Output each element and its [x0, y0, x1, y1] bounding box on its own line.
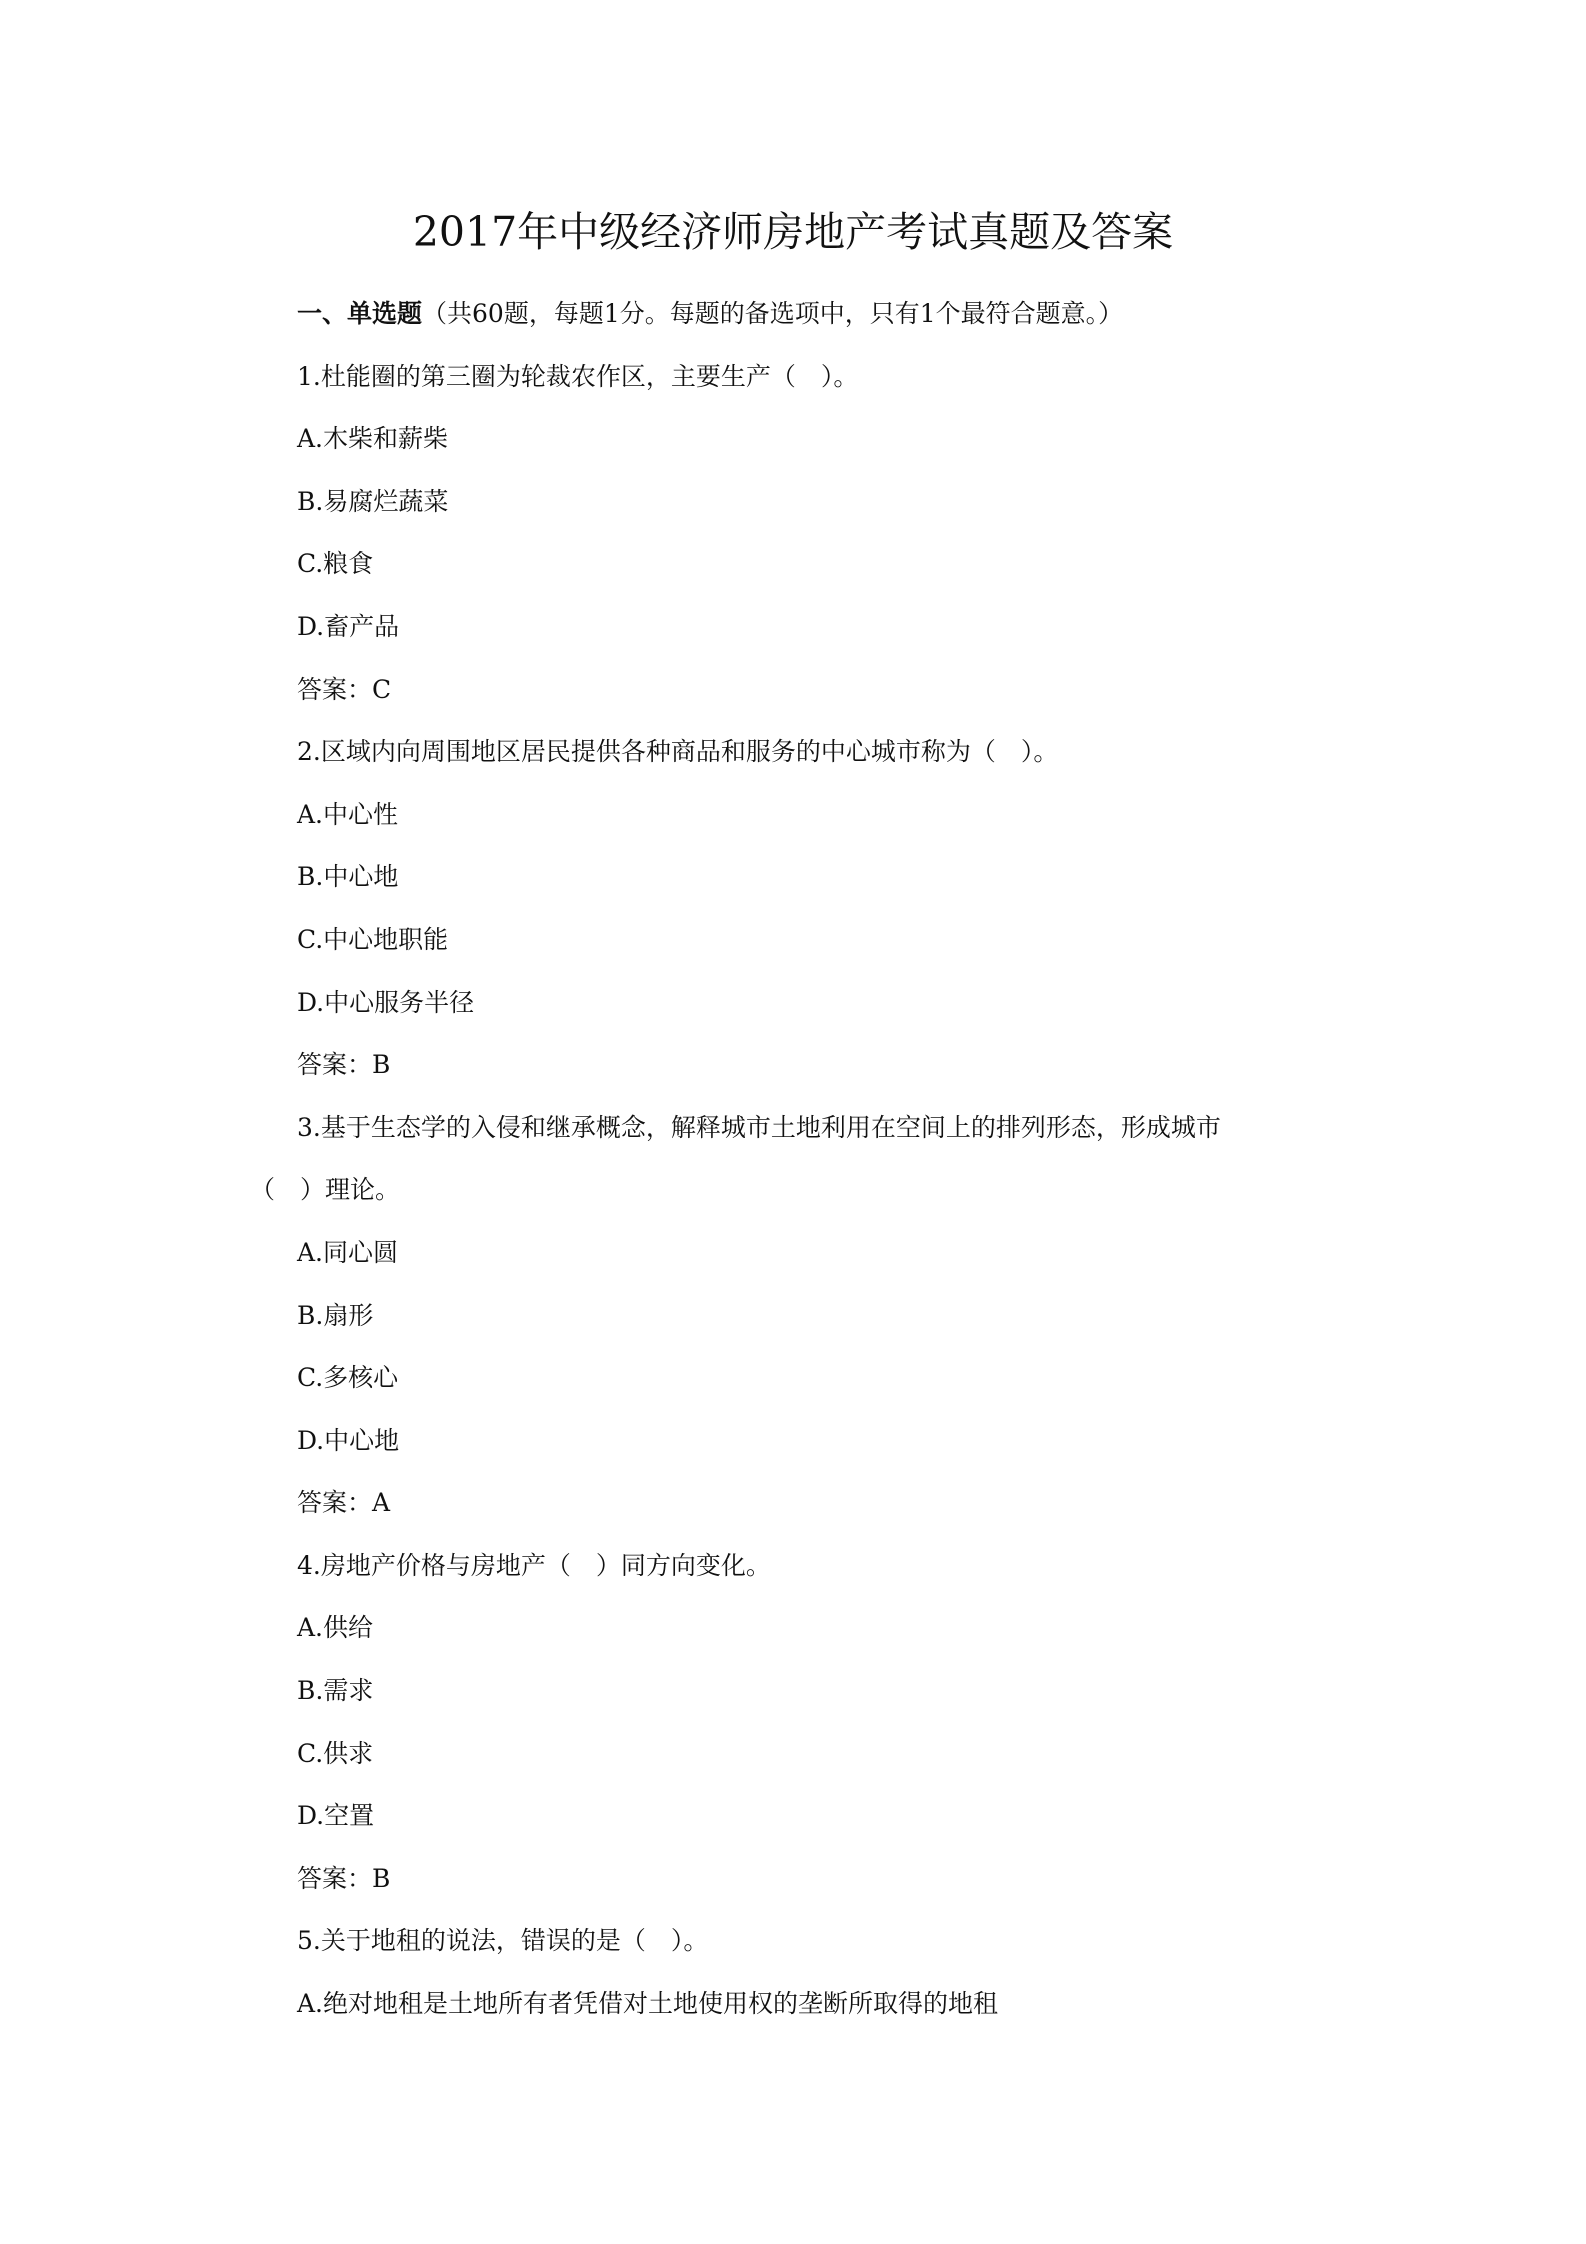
document-body: 一、单选题（共60题，每题1分。每题的备选项中，只有1个最符合题意。） 1.杜能… [250, 283, 1350, 2036]
question-option: B.需求 [250, 1660, 1350, 1723]
question-option: A.木柴和薪柴 [250, 408, 1350, 471]
document-title: 2017年中级经济师房地产考试真题及答案 [0, 204, 1586, 260]
question-stem: 2.区域内向周围地区居民提供各种商品和服务的中心城市称为（ ）。 [250, 721, 1350, 784]
question-option: C.供求 [250, 1723, 1350, 1786]
document-page: 2017年中级经济师房地产考试真题及答案 一、单选题（共60题，每题1分。每题的… [0, 0, 1586, 2244]
question-option: C.多核心 [250, 1347, 1350, 1410]
question-stem: 5.关于地租的说法，错误的是（ ）。 [250, 1910, 1350, 1973]
question-option: D.中心地 [250, 1410, 1350, 1473]
question-option: B.扇形 [250, 1285, 1350, 1348]
question-option: C.粮食 [250, 533, 1350, 596]
question-stem: 1.杜能圈的第三圈为轮裁农作区，主要生产（ ）。 [250, 346, 1350, 409]
question-answer: 答案：B [250, 1848, 1350, 1911]
question-option: B.中心地 [250, 846, 1350, 909]
question-option: A.同心圆 [250, 1222, 1350, 1285]
question-option: A.绝对地租是土地所有者凭借对土地使用权的垄断所取得的地租 [250, 1973, 1350, 2036]
question-stem: 4.房地产价格与房地产（ ）同方向变化。 [250, 1535, 1350, 1598]
question-option: A.供给 [250, 1597, 1350, 1660]
section-heading: 一、单选题（共60题，每题1分。每题的备选项中，只有1个最符合题意。） [250, 283, 1350, 346]
question-answer: 答案：B [250, 1034, 1350, 1097]
question-option: D.空置 [250, 1785, 1350, 1848]
question-option: D.中心服务半径 [250, 972, 1350, 1035]
question-answer: 答案：C [250, 659, 1350, 722]
question-option: A.中心性 [250, 784, 1350, 847]
question-stem: 3.基于生态学的入侵和继承概念，解释城市土地利用在空间上的排列形态，形成城市 [250, 1097, 1350, 1160]
question-answer: 答案：A [250, 1472, 1350, 1535]
question-stem-continuation: （ ）理论。 [250, 1159, 1350, 1222]
section-heading-label: 一、单选题 [297, 299, 422, 328]
question-option: C.中心地职能 [250, 909, 1350, 972]
section-note: （共60题，每题1分。每题的备选项中，只有1个最符合题意。） [422, 299, 1123, 328]
question-option: D.畜产品 [250, 596, 1350, 659]
question-option: B.易腐烂蔬菜 [250, 471, 1350, 534]
